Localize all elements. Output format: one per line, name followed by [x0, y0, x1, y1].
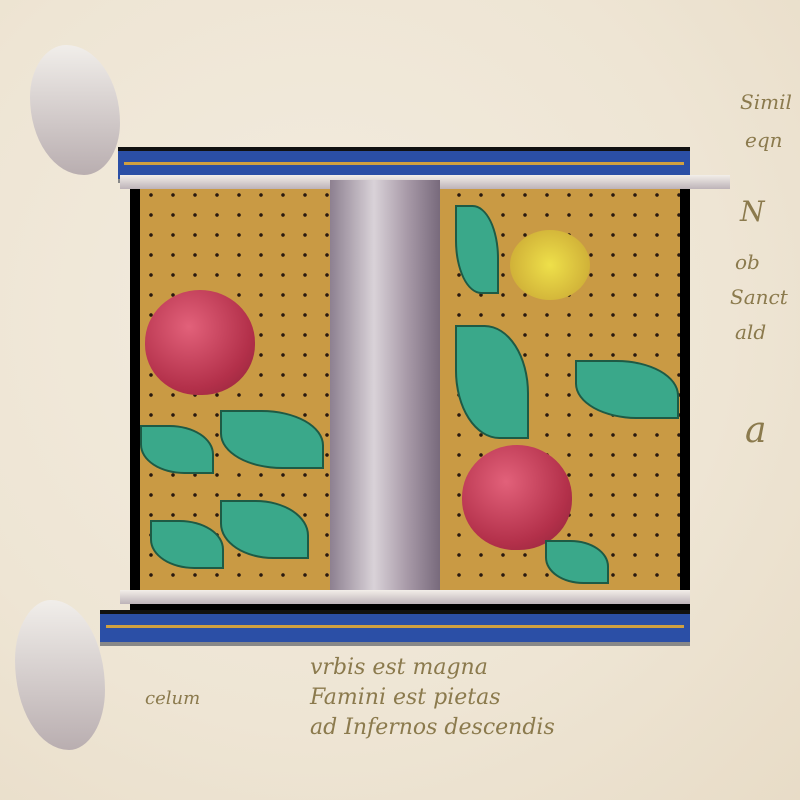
strawberry-right: [462, 445, 572, 550]
margin-text: a: [745, 410, 766, 451]
letter-crossbar-bottom: [120, 590, 690, 604]
margin-text: N: [740, 195, 765, 228]
text-line: Famini est pietas: [310, 685, 501, 710]
margin-note: celum: [145, 688, 200, 709]
blue-band-bottom: [100, 610, 690, 646]
margin-text: ald: [735, 320, 766, 344]
margin-text: Sanct: [730, 285, 788, 309]
text-line: vrbis est magna: [310, 655, 488, 680]
margin-text: eqn: [745, 128, 783, 152]
strawberry-left: [145, 290, 255, 395]
margin-text: Simil: [740, 90, 792, 114]
letter-i-shaft: [330, 180, 440, 590]
text-line: ad Infernos descendis: [310, 715, 555, 740]
yellow-flower: [510, 230, 590, 300]
margin-text: ob: [735, 250, 760, 274]
